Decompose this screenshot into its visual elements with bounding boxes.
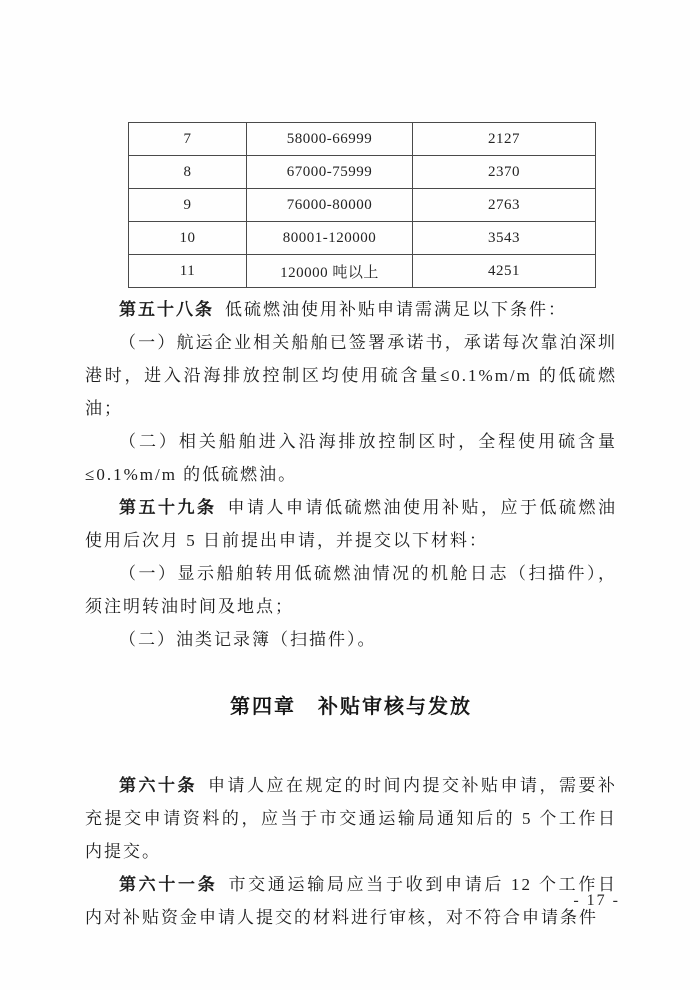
table-cell-tier: 10 — [129, 222, 247, 255]
article-59-item-1: （一）显示船舶转用低硫燃油情况的机舱日志（扫描件），须注明转油时间及地点； — [85, 557, 617, 623]
article-59: 第五十九条申请人申请低硫燃油使用补贴，应于低硫燃油使用后次月 5 日前提出申请，… — [85, 491, 617, 557]
article-58-text: 低硫燃油使用补贴申请需满足以下条件： — [225, 300, 567, 319]
article-59-number: 第五十九条 — [119, 498, 217, 517]
page-content: 7 58000-66999 2127 8 67000-75999 2370 9 … — [0, 0, 700, 934]
article-60: 第六十条申请人应在规定的时间内提交补贴申请，需要补充提交申请资料的，应当于市交通… — [85, 769, 617, 868]
article-59-item-2: （二）油类记录簿（扫描件）。 — [85, 623, 617, 656]
table-cell-tier: 7 — [129, 123, 247, 156]
document-page: 7 58000-66999 2127 8 67000-75999 2370 9 … — [0, 0, 700, 990]
article-58-number: 第五十八条 — [119, 300, 214, 319]
table-row: 8 67000-75999 2370 — [129, 156, 596, 189]
article-58: 第五十八条低硫燃油使用补贴申请需满足以下条件： — [85, 293, 617, 326]
table-row: 7 58000-66999 2127 — [129, 123, 596, 156]
table-cell-tonnage-range: 58000-66999 — [247, 123, 413, 156]
table-row: 11 120000 吨以上 4251 — [129, 255, 596, 288]
article-61: 第六十一条市交通运输局应当于收到申请后 12 个工作日内对补贴资金申请人提交的材… — [85, 868, 617, 934]
table-cell-tonnage-range: 120000 吨以上 — [247, 255, 413, 288]
article-text-block: 第五十八条低硫燃油使用补贴申请需满足以下条件： （一）航运企业相关船舶已签署承诺… — [85, 293, 617, 934]
article-60-number: 第六十条 — [119, 776, 197, 795]
table-cell-tier: 8 — [129, 156, 247, 189]
table-cell-subsidy-amount: 2370 — [413, 156, 596, 189]
subsidy-tonnage-table: 7 58000-66999 2127 8 67000-75999 2370 9 … — [128, 122, 596, 288]
chapter-4-heading: 第四章 补贴审核与发放 — [85, 691, 617, 723]
article-58-item-1: （一）航运企业相关船舶已签署承诺书，承诺每次靠泊深圳港时，进入沿海排放控制区均使… — [85, 326, 617, 425]
article-61-number: 第六十一条 — [119, 875, 217, 894]
table-cell-tonnage-range: 80001-120000 — [247, 222, 413, 255]
table-cell-subsidy-amount: 2763 — [413, 189, 596, 222]
page-number: - 17 - — [573, 892, 620, 910]
table-row: 10 80001-120000 3543 — [129, 222, 596, 255]
table-cell-tier: 11 — [129, 255, 247, 288]
table-cell-subsidy-amount: 3543 — [413, 222, 596, 255]
table-cell-tier: 9 — [129, 189, 247, 222]
table-cell-subsidy-amount: 4251 — [413, 255, 596, 288]
table-row: 9 76000-80000 2763 — [129, 189, 596, 222]
article-58-item-2: （二）相关船舶进入沿海排放控制区时，全程使用硫含量≤0.1%m/m 的低硫燃油。 — [85, 425, 617, 491]
table-cell-subsidy-amount: 2127 — [413, 123, 596, 156]
table-cell-tonnage-range: 76000-80000 — [247, 189, 413, 222]
table-cell-tonnage-range: 67000-75999 — [247, 156, 413, 189]
